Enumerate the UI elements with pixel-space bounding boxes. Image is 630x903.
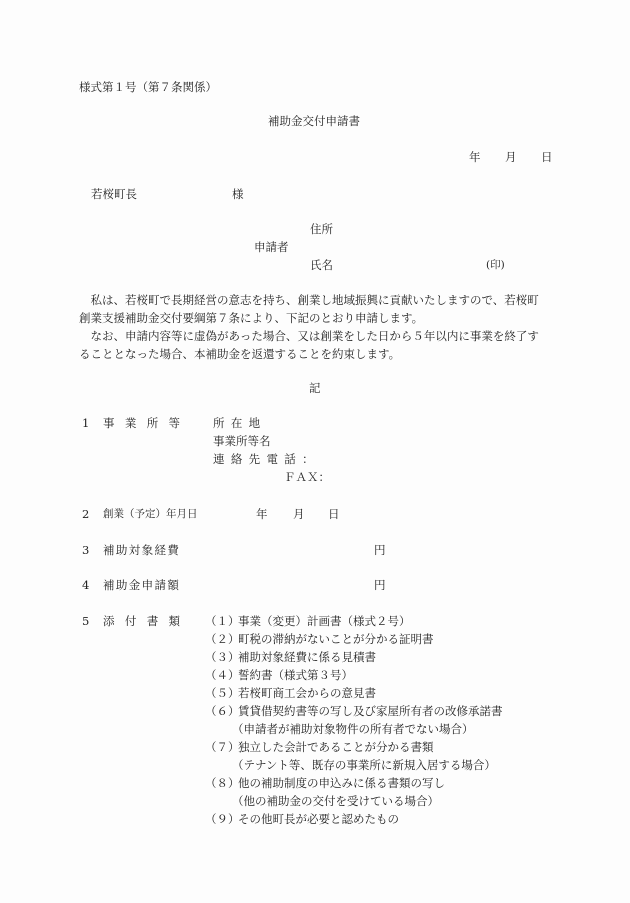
attachment-5-num: （５） (205, 688, 240, 700)
attachment-6-note: （申請者が補助対象物件の所有者でない場合） (232, 724, 474, 736)
attachment-7-num: （７） (205, 742, 240, 754)
item-3-number: 3 (82, 545, 89, 557)
attachment-2-text: 町税の滞納がないことが分かる証明書 (238, 634, 434, 646)
item-3-label: 補助対象経費 (103, 545, 180, 557)
item-5-number: 5 (82, 616, 89, 628)
addressee-name: 若桜町長 (91, 189, 137, 201)
field-fax: ＦＡＸ： (284, 472, 330, 484)
item-3-unit: 円 (374, 545, 386, 557)
attachment-4-text: 誓約書（様式第３号） (238, 670, 353, 682)
item-4-label: 補助金申請額 (103, 580, 180, 592)
item-4-number: 4 (82, 580, 89, 592)
attachment-3-text: 補助対象経費に係る見積書 (238, 652, 376, 664)
item-2-number: 2 (82, 509, 89, 521)
applicant-name-label: 氏名 (310, 260, 333, 272)
date-month: 月 (505, 152, 517, 164)
date-year: 年 (469, 152, 481, 164)
item-2-year: 年 (256, 509, 268, 521)
paragraph-1-line-2: 創業支援補助金交付要綱第７条により、下記のとおり申請します。 (79, 313, 423, 325)
item-2-month: 月 (293, 509, 305, 521)
item-1-label: 事業所等 (103, 418, 190, 430)
form-number: 様式第１号（第７条関係） (79, 82, 217, 94)
item-2-label: 創業（予定）年月日 (103, 509, 198, 520)
document-title: 補助金交付申請書 (268, 116, 360, 128)
attachment-9-num: （９） (205, 814, 240, 826)
ki-heading: 記 (309, 383, 321, 395)
attachment-3-num: （３） (205, 652, 240, 664)
addressee-honorific: 様 (232, 189, 244, 201)
attachment-6-text: 賃貸借契約書等の写し及び家屋所有者の改修承諾書 (238, 706, 503, 718)
attachment-9-text: その他町長が必要と認めたもの (238, 814, 399, 826)
date-day: 日 (541, 152, 553, 164)
attachment-1-text: 事業（変更）計画書（様式２号） (238, 616, 411, 628)
attachment-8-note: （他の補助金の交付を受けている場合） (232, 796, 439, 808)
attachment-7-text: 独立した会計であることが分かる書類 (238, 742, 434, 754)
paragraph-2-line-2: ることとなった場合、本補助金を返還することを約束します。 (79, 349, 400, 361)
item-2-day: 日 (328, 509, 340, 521)
attachment-6-num: （６） (205, 706, 240, 718)
field-contact-phone: 連絡先電話： (213, 454, 320, 466)
field-location: 所在地 (213, 418, 266, 430)
attachment-7-note: （テナント等、既存の事業所に新規入居する場合） (232, 760, 496, 772)
seal-mark: (印) (486, 260, 505, 271)
attachment-8-num: （８） (205, 778, 240, 790)
attachment-5-text: 若桜町商工会からの意見書 (238, 688, 376, 700)
attachment-2-num: （２） (205, 634, 240, 646)
attachment-1-num: （１） (205, 616, 240, 628)
applicant-address-label: 住所 (310, 224, 333, 236)
attachment-8-text: 他の補助制度の申込みに係る書類の写し (238, 778, 445, 790)
attachment-4-num: （４） (205, 670, 240, 682)
field-office-name: 事業所等名 (213, 436, 271, 448)
paragraph-1-line-1: 私は、若桜町で長期経営の意志を持ち、創業し地域振興に貢献いたしますので、若桜町 (79, 295, 539, 307)
item-1-number: 1 (82, 418, 89, 430)
item-5-label: 添付書類 (103, 616, 190, 628)
item-4-unit: 円 (374, 580, 386, 592)
applicant-role-label: 申請者 (254, 242, 289, 254)
paragraph-2-line-1: なお、申請内容等に虚偽があった場合、又は創業をした日から５年以内に事業を終了す (79, 331, 539, 343)
